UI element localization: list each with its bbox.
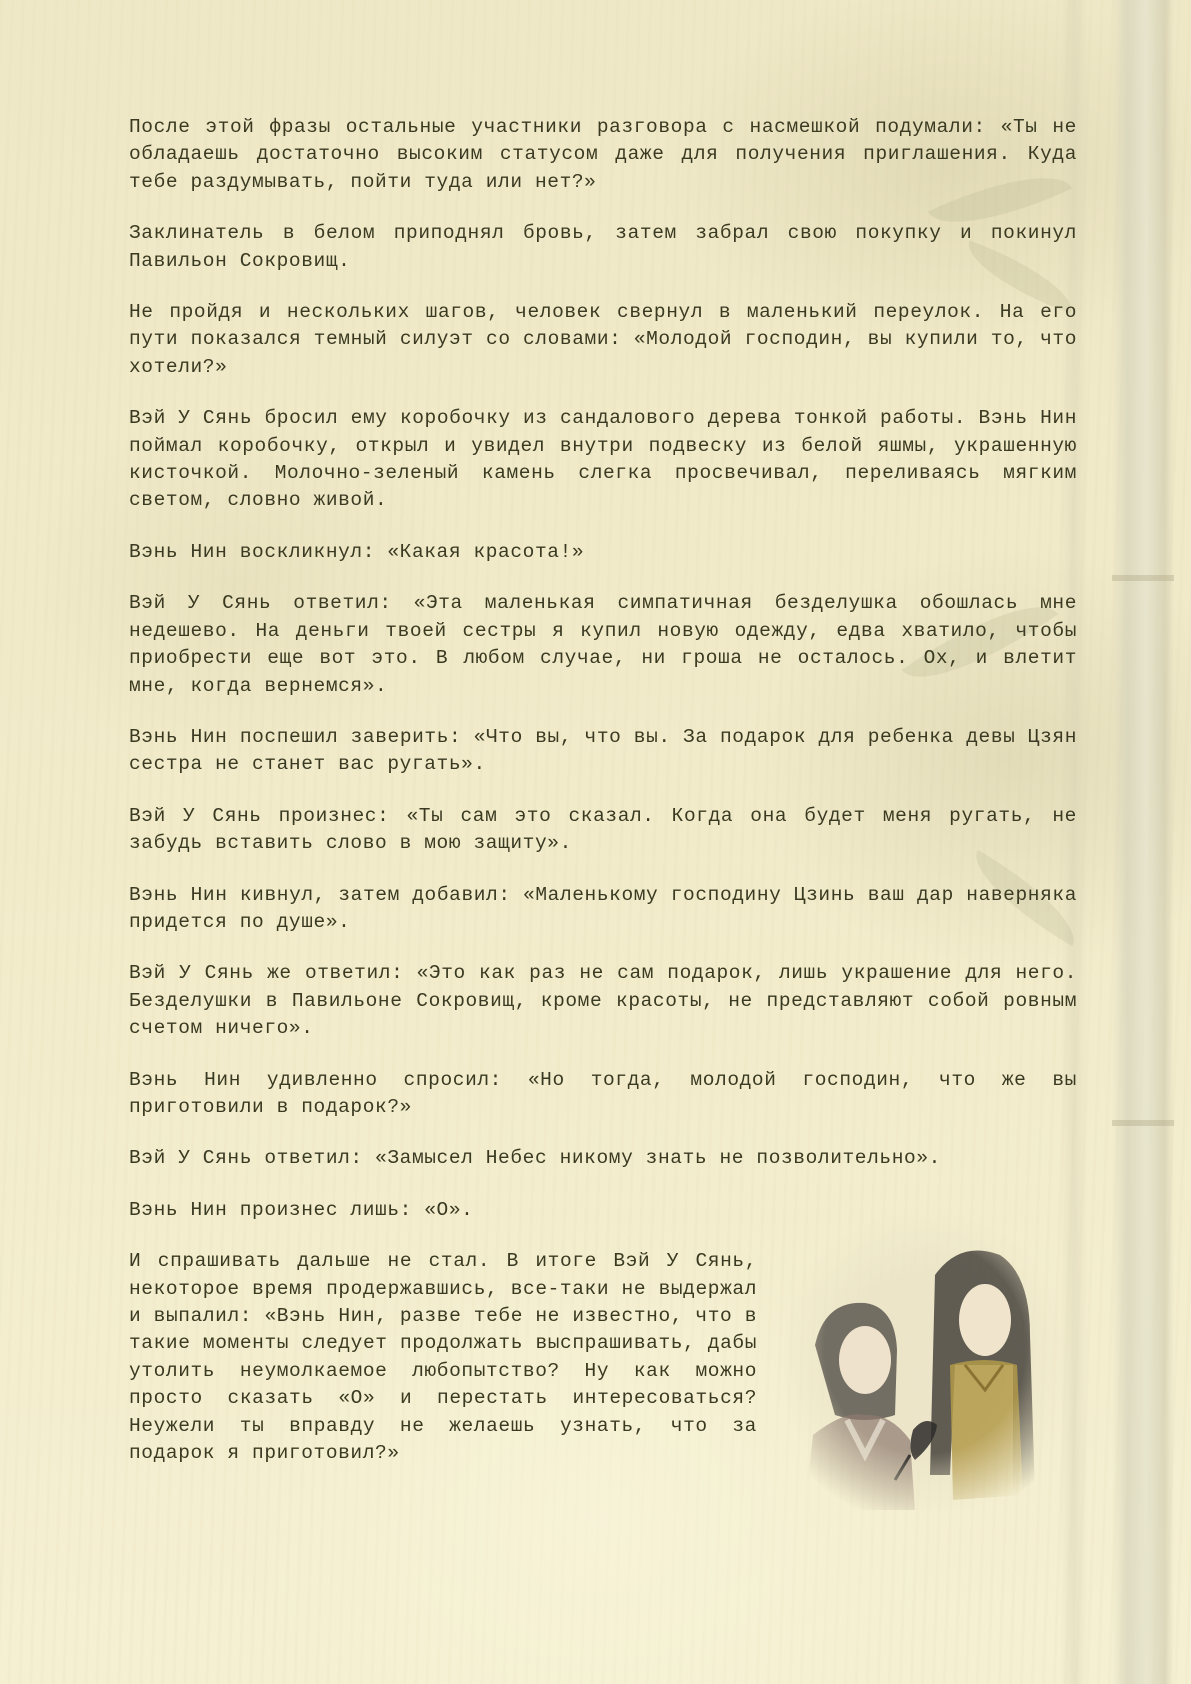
paragraph: Вэнь Нин воскликнул: «Какая красота!»: [129, 539, 1077, 566]
paragraph: Вэнь Нин поспешил заверить: «Что вы, что…: [129, 724, 1077, 779]
paragraph: Вэнь Нин удивленно спросил: «Но тогда, м…: [129, 1067, 1077, 1122]
bamboo-node: [1112, 575, 1174, 581]
paragraph: После этой фразы остальные участники раз…: [129, 114, 1077, 196]
paragraph: Вэнь Нин кивнул, затем добавил: «Маленьк…: [129, 882, 1077, 937]
paragraph: Заклинатель в белом приподнял бровь, зат…: [129, 220, 1077, 275]
paragraph: Вэй У Сянь же ответил: «Это как раз не с…: [129, 960, 1077, 1042]
paragraph: Вэй У Сянь ответил: «Замысел Небес ником…: [129, 1145, 1077, 1172]
paragraph: Вэй У Сянь бросил ему коробочку из санда…: [129, 405, 1077, 515]
paragraph: Вэй У Сянь ответил: «Эта маленькая симпа…: [129, 590, 1077, 700]
bamboo-node: [1112, 1120, 1174, 1126]
character-illustration: [785, 1215, 1065, 1510]
paragraph: Не пройдя и нескольких шагов, человек св…: [129, 299, 1077, 381]
bamboo-decoration: [1112, 0, 1174, 1684]
illustration-figures-icon: [785, 1215, 1065, 1510]
paragraph: Вэй У Сянь произнес: «Ты сам это сказал.…: [129, 803, 1077, 858]
paragraph-final: И спрашивать дальше не стал. В итоге Вэй…: [129, 1248, 757, 1467]
